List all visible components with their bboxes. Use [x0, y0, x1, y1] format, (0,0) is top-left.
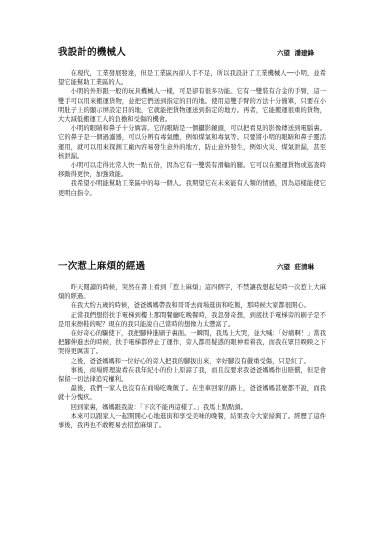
author-name: 潘建鋒: [295, 49, 315, 57]
paragraph: 小明的外形跟一般的玩具機械人一樣，可是卻有很多功能。它有一雙裝有合金的手臂，這一…: [58, 87, 326, 124]
article-robot: 我設計的機械人 六望 潘建鋒 在現代，工業發展發達，但是工業區內卻人手不足，所以…: [58, 44, 326, 198]
paragraph: 最後，我們一家人也沒有在商場吃晚飯了。在坐車回家的路上，爸爸媽媽甚麼都不說，而我…: [58, 384, 326, 402]
article-body: 在現代，工業發展發達，但是工業區內卻人手不足，所以我設計了工業機械人──小明，並…: [58, 69, 326, 198]
author-grade: 六望: [277, 49, 290, 57]
article-author: 六望 潘建鋒: [277, 48, 314, 57]
article-title: 我設計的機械人: [58, 44, 126, 58]
article-trouble: 一次惹上麻煩的經過 六望 莊清琳 昨天閱讀的時候，突然在書上看到「惹上麻煩」這四…: [58, 258, 326, 430]
paragraph: 事後，商場經理說看在我年紀小的份上原諒了我，而且沒要求我爸爸媽媽作出賠償，但是會…: [58, 366, 326, 384]
document-page: 我設計的機械人 六望 潘建鋒 在現代，工業發展發達，但是工業區內卻人手不足，所以…: [0, 0, 381, 539]
article-body: 昨天閱讀的時候，突然在書上看到「惹上麻煩」這四個字，不禁讓我想起兒時一次惹上大麻…: [58, 283, 326, 430]
paragraph: 在我大約五歲的時候，爸爸媽媽帶我和哥哥去商場逛街和吃飯，那時候大家都很開心。: [58, 301, 326, 310]
paragraph: 在現代，工業發展發達，但是工業區內卻人手不足，所以我設計了工業機械人──小明，並…: [58, 69, 326, 87]
paragraph: 小明可以走得比常人快一點五倍，因為它有一雙裝有滑輪的腿。它可以在搬運貨物或巡查時…: [58, 161, 326, 179]
author-name: 莊清琳: [295, 263, 315, 271]
article-header: 我設計的機械人 六望 潘建鋒: [58, 44, 326, 58]
paragraph: 我希望小明能幫助工業區中的每一個人。我期望它在未來能有人類的情感，因為這樣能使它…: [58, 179, 326, 197]
paragraph: 本來可以跟家人一起開開心心地逛街和享受美味的晚餐，結果我令大家掃興了。經歷了這件…: [58, 412, 326, 430]
paragraph: 正當我們想搭扶手電梯到樓上那間餐廳吃晚餐時，我忽發奇想，到底扶手電梯旁的刷子是不…: [58, 311, 326, 329]
author-grade: 六望: [277, 263, 290, 271]
paragraph: 回到家裏，媽媽跟我說：「下次不能再這樣了。」我馬上點點頭。: [58, 403, 326, 412]
paragraph: 小明的眼睛和鼻子十分厲害。它的眼睛是一個攝影鏡頭，可以把看見的影像傳送到電腦裏。…: [58, 124, 326, 161]
article-header: 一次惹上麻煩的經過 六望 莊清琳: [58, 258, 326, 272]
paragraph: 之後，爸爸媽媽和一位好心的旁人把我的腳拔出來，幸好腳沒有嚴重受傷，只是紅了。: [58, 357, 326, 366]
paragraph: 在好奇心的驅使下，我把腳伸進刷子裏面。一瞬間，我馬上大哭，並大喊：「好痛啊！」當…: [58, 329, 326, 357]
article-author: 六望 莊清琳: [277, 262, 314, 271]
article-title: 一次惹上麻煩的經過: [58, 258, 145, 272]
paragraph: 昨天閱讀的時候，突然在書上看到「惹上麻煩」這四個字，不禁讓我想起兒時一次惹上大麻…: [58, 283, 326, 301]
